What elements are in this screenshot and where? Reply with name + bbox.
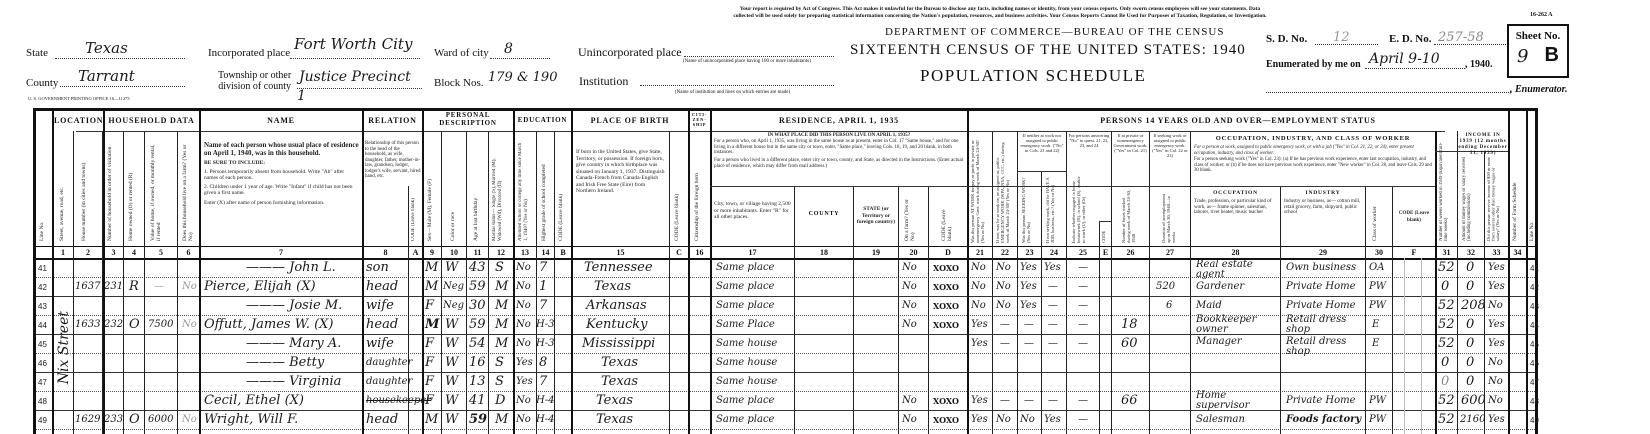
col-21[interactable]: No [971, 282, 986, 292]
sex[interactable]: F [425, 374, 434, 389]
sd-label: S. D. No. [1266, 33, 1307, 45]
header-code-c: CODE (Leave blank) [674, 141, 680, 241]
sex[interactable]: M [425, 260, 438, 275]
col-21[interactable]: Yes [971, 396, 988, 406]
industry[interactable]: Private Home [1286, 396, 1356, 406]
weeks-worked[interactable]: 52 [1438, 317, 1455, 332]
header-other-income: Did this person receive income of $50 or… [1487, 156, 1501, 241]
group-personal: PERSONAL DESCRIPTION [423, 111, 513, 127]
person-name[interactable]: ——— Josie M. [246, 298, 342, 313]
sex[interactable]: F [425, 298, 434, 313]
col-26[interactable]: 60 [1121, 336, 1138, 351]
other-income[interactable]: Yes [1488, 263, 1505, 273]
occ-instr-2: For a person seeking work ("Yes" in Col.… [1194, 157, 1432, 174]
colnum-8: 8 [363, 248, 408, 257]
on-farm[interactable]: No [902, 301, 917, 311]
school[interactable]: No [516, 282, 531, 292]
house-number[interactable]: 1633 [75, 320, 100, 330]
other-income[interactable]: No [1488, 377, 1503, 387]
residence-1935[interactable]: Same house [716, 339, 777, 349]
line-number-right: 41 [1530, 264, 1539, 273]
race[interactable]: W [445, 317, 458, 332]
form-number: 16-262 A [1530, 12, 1553, 19]
marital-status[interactable]: M [495, 317, 508, 332]
header-col-22: If not, was he at work on, or assigned t… [995, 133, 1010, 243]
group-residence: RESIDENCE, APRIL 1, 1935 [711, 116, 967, 125]
residence-instr-3: For a person who lived in a different pl… [714, 158, 964, 170]
birthplace[interactable]: Tennessee [584, 260, 653, 275]
age[interactable]: 59 [469, 412, 487, 427]
col-25[interactable]: — [1078, 263, 1088, 273]
colnum-20: 20 [899, 248, 928, 257]
header-value-rent: Value of home, if owned, or monthly rent… [150, 141, 162, 241]
wages[interactable]: 0 [1466, 260, 1474, 275]
weeks-worked[interactable]: 52 [1438, 298, 1455, 313]
home-value[interactable]: 7500 [148, 320, 173, 330]
home-value[interactable]: — [154, 282, 164, 292]
colnum-16: 16 [689, 248, 710, 257]
col-23[interactable]: No [1020, 415, 1035, 425]
grade[interactable]: 7 [539, 298, 547, 313]
occupation[interactable]: Gardener [1196, 282, 1244, 292]
col-25[interactable]: — [1078, 396, 1088, 406]
colnum-A: A [409, 248, 422, 257]
relation[interactable]: head [366, 317, 398, 332]
birthplace[interactable]: Texas [596, 393, 633, 408]
other-income[interactable]: No [1488, 358, 1503, 368]
header-industry-instr: Industry or business, as— cotton mill, r… [1284, 199, 1364, 216]
col-21[interactable]: No [971, 263, 986, 273]
colnum-7: 7 [200, 248, 362, 257]
enumerated-date-value: April 9-10 [1369, 51, 1440, 67]
unincorporated-label: Unincorporated place [578, 45, 682, 60]
birthplace[interactable]: Arkansas [586, 298, 647, 313]
header-state: STATE (or Territory or foreign country) [856, 206, 896, 226]
colnum-26: 26 [1112, 248, 1149, 257]
wages[interactable]: 0 [1466, 279, 1474, 294]
household-number[interactable]: 233 [104, 415, 123, 425]
col-21[interactable]: Yes [971, 320, 988, 330]
block-field[interactable]: 179 & 190 [488, 66, 558, 88]
sex[interactable]: F [425, 393, 434, 408]
house-number[interactable]: 1637 [75, 282, 100, 292]
code-d[interactable]: XOXO [933, 282, 959, 292]
header-sex: Sex—Male (M), Female (F) [427, 141, 433, 241]
line-number-right: 42 [1530, 283, 1539, 292]
weeks-worked[interactable]: 52 [1438, 393, 1455, 408]
grade[interactable]: 8 [539, 355, 547, 370]
header-code-a: CODE (Leave blank) [411, 191, 417, 241]
col-21[interactable]: No [971, 301, 986, 311]
col-24[interactable]: — [1048, 396, 1058, 406]
sex[interactable]: F [425, 336, 434, 351]
house-number[interactable]: 1629 [75, 415, 100, 425]
other-income[interactable]: Yes [1488, 282, 1505, 292]
age[interactable]: 41 [469, 393, 486, 408]
col-22[interactable]: — [1000, 396, 1010, 406]
name-instr-1: Name of each person whose usual place of… [204, 141, 359, 157]
weeks-worked[interactable]: 52 [1438, 260, 1455, 275]
enumerated-year: , 1940. [1465, 59, 1493, 70]
colnum-34: 34 [1509, 248, 1526, 257]
industry[interactable]: Foods factory [1286, 415, 1361, 425]
col-21[interactable]: Yes [971, 415, 988, 425]
header-col-27-group: If seeking work or assigned to public em… [1151, 133, 1189, 158]
col-23[interactable]: Yes [1020, 301, 1037, 311]
header-grade: Highest grade of school completed [541, 141, 547, 241]
col-22[interactable]: No [996, 301, 1011, 311]
on-farm[interactable]: No [902, 396, 917, 406]
schedule-title: POPULATION SCHEDULE [920, 66, 1146, 86]
birthplace[interactable]: Texas [601, 374, 638, 389]
grade[interactable]: 7 [539, 260, 547, 275]
person-name[interactable]: ——— Virginia [246, 374, 341, 389]
person-name[interactable]: Cecil, Ethel (X) [204, 393, 304, 408]
state-field[interactable]: Texas [55, 38, 185, 59]
col-26[interactable]: 66 [1121, 393, 1138, 408]
sheet-number-box: Sheet No. 9 B [1507, 24, 1569, 78]
sd-field[interactable]: 12 [1315, 26, 1378, 45]
header-weeks-worked: Number of weeks worked in 1939 (Equivale… [1439, 136, 1449, 241]
wages[interactable]: 0 [1466, 374, 1474, 389]
col-23[interactable]: — [1024, 320, 1034, 330]
code-d[interactable]: XOXO [933, 415, 959, 425]
sex[interactable]: M [425, 279, 438, 294]
industry[interactable]: Retail dress shop [1286, 315, 1361, 335]
colnum-23: 23 [1018, 248, 1041, 257]
school[interactable]: Yes [516, 377, 533, 387]
age[interactable]: 43 [469, 260, 486, 275]
industry[interactable]: Own business [1286, 263, 1356, 273]
relation[interactable]: wife [366, 336, 394, 351]
col-22[interactable]: No [996, 263, 1011, 273]
wages[interactable]: 600 [1461, 393, 1486, 408]
class-of-worker[interactable]: PW [1369, 396, 1386, 406]
header-city: City, town, or village having 2,500 or m… [714, 201, 792, 221]
header-farm-schedule: Number of Farm Schedule [1512, 141, 1518, 241]
sex[interactable]: F [425, 355, 434, 370]
line-number-right: 48 [1530, 397, 1539, 406]
col-23[interactable]: Yes [1020, 282, 1037, 292]
header-house-number: House number (in cities and towns) [81, 141, 87, 241]
header-occupation: OCCUPATION [1191, 190, 1280, 196]
department-title: DEPARTMENT OF COMMERCE—BUREAU OF THE CEN… [885, 26, 1225, 38]
race[interactable]: Neg [443, 301, 464, 311]
colnum-22: 22 [993, 248, 1017, 257]
household-number[interactable]: 232 [104, 320, 123, 330]
state-value: Texas [85, 39, 128, 57]
col-24[interactable]: Yes [1044, 263, 1061, 273]
col-22[interactable]: — [1000, 320, 1010, 330]
ward-field[interactable]: 8 [490, 38, 550, 59]
confidentiality-notice: Your report is required by Act of Congre… [690, 6, 1310, 20]
col-21[interactable]: Yes [971, 339, 988, 349]
relation[interactable]: head [366, 412, 398, 427]
col-23[interactable]: — [1024, 396, 1034, 406]
race[interactable]: Neg [443, 282, 464, 292]
header-col-25-group: For persons answering "No" to quest. 21,… [1068, 133, 1110, 148]
on-farm[interactable]: No [902, 320, 917, 330]
unincorporated-note: (Name of unincorporated place having 100… [683, 58, 811, 65]
farm[interactable]: No [182, 282, 197, 292]
code-d[interactable]: XOXO [933, 263, 959, 273]
header-wages: Amount of money wages or salary received… [1462, 156, 1472, 241]
township-field[interactable]: Justice Precinct 1 [297, 66, 422, 89]
group-education: EDUCATION [514, 116, 571, 124]
marital-status[interactable]: S [495, 374, 504, 389]
race[interactable]: W [445, 412, 458, 427]
industry[interactable]: Retail dress shop [1286, 337, 1361, 357]
age[interactable]: 54 [469, 336, 486, 351]
line-number: 44 [38, 321, 47, 330]
residence-1935[interactable]: Same Place [716, 320, 775, 330]
grade[interactable]: H-3 [536, 320, 554, 330]
header-industry: INDUSTRY [1281, 190, 1365, 196]
industry[interactable]: Private Home [1286, 301, 1356, 311]
wages[interactable]: 2160 [1460, 415, 1485, 425]
school[interactable]: No [516, 320, 531, 330]
relation[interactable]: daughter [366, 377, 412, 387]
person-name[interactable]: ——— John L. [246, 260, 336, 275]
age[interactable]: 59 [469, 317, 486, 332]
other-income[interactable]: Yes [1488, 339, 1505, 349]
age[interactable]: 13 [469, 374, 486, 389]
marital-status[interactable]: D [495, 393, 505, 408]
marital-status[interactable]: S [495, 260, 504, 275]
incorporated-place-field[interactable]: Fort Worth City [290, 34, 420, 59]
col-25[interactable]: — [1078, 282, 1088, 292]
col-24[interactable]: — [1048, 282, 1058, 292]
code-d[interactable]: XOXO [933, 396, 959, 406]
enumerator-label: , Enumerator. [1510, 84, 1568, 95]
enumerated-date-field[interactable]: April 9-10 [1365, 48, 1465, 69]
residence-1935[interactable]: Same house [716, 358, 777, 368]
other-income[interactable]: Yes [1488, 415, 1505, 425]
weeks-worked[interactable]: 52 [1438, 336, 1455, 351]
col-27[interactable]: 6 [1166, 301, 1172, 311]
sheet-letter: B [1545, 44, 1559, 67]
farm[interactable]: No [182, 415, 197, 425]
col-24[interactable]: — [1048, 320, 1058, 330]
marital-status[interactable]: S [495, 355, 504, 370]
relation[interactable]: head [366, 279, 398, 294]
header-county: COUNTY [795, 211, 853, 217]
school[interactable]: Yes [516, 358, 533, 368]
occupation[interactable]: Maid [1196, 301, 1222, 311]
wages[interactable]: 208 [1461, 298, 1486, 313]
township-label-line2: division of county [218, 81, 291, 92]
sex[interactable]: M [425, 412, 438, 427]
colnum-F: F [1393, 248, 1435, 257]
col-25[interactable]: — [1078, 301, 1088, 311]
on-farm[interactable]: No [902, 263, 917, 273]
other-income[interactable]: Yes [1488, 320, 1505, 330]
header-col-26: Number of hours worked during week of Ma… [1121, 189, 1136, 243]
line-number-right: 44 [1530, 321, 1539, 330]
marital-status[interactable]: M [495, 412, 508, 427]
residence-1935[interactable]: Same place [716, 415, 774, 425]
residence-1935[interactable]: Same place [716, 396, 774, 406]
occupation[interactable]: Real estate agent [1196, 260, 1276, 280]
incorporated-place-value: Fort Worth City [294, 35, 412, 53]
age[interactable]: 16 [469, 355, 486, 370]
weeks-worked[interactable]: 0 [1441, 355, 1449, 370]
unincorporated-field[interactable] [684, 42, 834, 57]
relation[interactable]: son [366, 260, 389, 275]
school[interactable]: No [516, 396, 531, 406]
group-income: INCOME IN 1939 (12 months ending Decembe… [1458, 133, 1508, 157]
residence-1935[interactable]: Same place [716, 282, 774, 292]
grade[interactable]: 1 [539, 279, 547, 294]
school[interactable]: No [516, 415, 531, 425]
marital-status[interactable]: M [495, 336, 508, 351]
line-number: 46 [38, 359, 47, 368]
sex[interactable]: M [425, 317, 439, 332]
occupation[interactable]: Bookkeeper owner [1196, 315, 1276, 335]
on-farm[interactable]: No [902, 415, 917, 425]
county-value: Tarrant [78, 67, 135, 85]
col-27[interactable]: 520 [1156, 282, 1175, 292]
age[interactable]: 59 [469, 279, 486, 294]
birthplace[interactable]: Mississippi [582, 336, 655, 351]
weeks-worked[interactable]: 52 [1438, 412, 1455, 427]
ed-value: 257-58 [1438, 30, 1484, 45]
ward-label: Ward of city [434, 47, 489, 59]
birthplace[interactable]: Texas [596, 412, 633, 427]
header-school: Attended school or college any time sinc… [518, 141, 530, 241]
other-income[interactable]: No [1488, 396, 1503, 406]
col-23[interactable]: — [1024, 339, 1034, 349]
line-number: 45 [38, 340, 47, 349]
code-d[interactable]: XOXO [933, 320, 959, 330]
col-25[interactable]: — [1078, 339, 1088, 349]
col-24[interactable]: — [1048, 301, 1058, 311]
owned-rented[interactable]: R [129, 279, 139, 294]
ed-field[interactable]: 257-58 [1434, 26, 1506, 45]
relation[interactable]: wife [366, 298, 394, 313]
col-26[interactable]: 18 [1121, 317, 1138, 332]
person-name[interactable]: ——— Mary A. [246, 336, 341, 351]
colnum-17: 17 [711, 248, 794, 257]
person-name[interactable]: Offutt, James W. (X) [204, 317, 334, 332]
enumerator-signature-field[interactable] [1266, 80, 1511, 93]
county-field[interactable]: Tarrant [60, 66, 185, 87]
relation[interactable]: daughter [366, 358, 412, 368]
other-income[interactable]: No [1488, 301, 1503, 311]
col-25[interactable]: — [1078, 320, 1088, 330]
class-of-worker[interactable]: PW [1369, 415, 1386, 425]
colnum-2: 2 [74, 248, 102, 257]
household-number[interactable]: 231 [104, 282, 123, 292]
person-name[interactable]: Pierce, Elijah (X) [204, 279, 316, 294]
colnum-30: 30 [1366, 248, 1392, 257]
occupation[interactable]: Manager [1196, 337, 1242, 347]
race[interactable]: W [445, 336, 458, 351]
farm[interactable]: No [182, 320, 197, 330]
birthplace[interactable]: Texas [601, 355, 638, 370]
class-of-worker[interactable]: PW [1369, 301, 1386, 311]
col-23[interactable]: Yes [1020, 263, 1037, 273]
notice-line-1: Your report is required by Act of Congre… [690, 6, 1310, 13]
marital-status[interactable]: M [495, 279, 508, 294]
industry[interactable]: Private Home [1286, 282, 1356, 292]
institution-field[interactable] [640, 71, 834, 86]
incorporated-place-label: Incorporated place [208, 47, 290, 59]
marital-status[interactable]: M [495, 298, 508, 313]
school[interactable]: No [516, 301, 531, 311]
race[interactable]: W [445, 355, 458, 370]
race[interactable]: W [445, 260, 458, 275]
class-of-worker[interactable]: E [1372, 339, 1379, 349]
school[interactable]: No [516, 339, 531, 349]
weeks-worked[interactable]: 0 [1441, 374, 1449, 389]
home-value[interactable]: 6000 [148, 415, 173, 425]
colnum-24: 24 [1042, 248, 1066, 257]
race[interactable]: W [445, 374, 458, 389]
relation[interactable]: housekeeper [366, 396, 431, 406]
line-number-right: 43 [1530, 302, 1539, 311]
col-22[interactable]: No [996, 415, 1011, 425]
col-24[interactable]: — [1048, 339, 1058, 349]
line-number-right: 49 [1530, 416, 1539, 425]
wages[interactable]: 0 [1466, 336, 1474, 351]
printing-office-note: U. S. GOVERNMENT PRINTING OFFICE 16—1127… [28, 95, 130, 102]
class-of-worker[interactable]: E [1372, 320, 1379, 330]
header-household-order: Number of household in order of visitati… [107, 141, 113, 241]
person-name[interactable]: ——— Betty [246, 355, 324, 370]
grade[interactable]: H-4 [536, 396, 554, 406]
wages[interactable]: 0 [1466, 317, 1474, 332]
residence-1935[interactable]: Same place [716, 263, 774, 273]
col-25[interactable]: — [1078, 415, 1088, 425]
sheet-number: 9 [1517, 46, 1528, 67]
owned-rented[interactable]: O [129, 317, 140, 332]
age[interactable]: 30 [469, 298, 486, 313]
occupation[interactable]: Home supervisor [1196, 391, 1276, 411]
colnum-19: 19 [854, 248, 898, 257]
code-d[interactable]: XOXO [933, 301, 959, 311]
weeks-worked[interactable]: 0 [1441, 279, 1449, 294]
group-occupation: OCCUPATION, INDUSTRY, AND CLASS OF WORKE… [1191, 135, 1435, 142]
grade[interactable]: H-4 [536, 415, 554, 425]
birthplace[interactable]: Kentucky [586, 317, 648, 332]
class-of-worker[interactable]: PW [1369, 282, 1386, 292]
header-on-farm: On a farm? (Yes or No) [904, 196, 916, 241]
wages[interactable]: 0 [1466, 355, 1474, 370]
line-number: 43 [38, 302, 47, 311]
notice-line-2: collected will be used solely for prepar… [690, 13, 1310, 20]
school[interactable]: No [516, 263, 531, 273]
col-24[interactable]: Yes [1044, 415, 1061, 425]
on-farm[interactable]: No [902, 282, 917, 292]
grade[interactable]: 7 [539, 374, 547, 389]
col-22[interactable]: — [1000, 339, 1010, 349]
header-age: Age at last birthday [473, 141, 479, 241]
col-22[interactable]: No [996, 282, 1011, 292]
group-name: NAME [200, 116, 362, 125]
person-name[interactable]: Wright, Will F. [204, 412, 298, 427]
race[interactable]: W [445, 393, 458, 408]
residence-1935[interactable]: Same place [716, 301, 774, 311]
occupation[interactable]: Salesman [1196, 415, 1245, 425]
institution-note: (Name of institution and lines on which … [675, 89, 790, 96]
residence-1935[interactable]: Same house [716, 377, 777, 387]
grade[interactable]: H-3 [536, 339, 554, 349]
class-of-worker[interactable]: OA [1369, 263, 1384, 273]
owned-rented[interactable]: O [129, 412, 140, 427]
colnum-15: 15 [572, 248, 669, 257]
birthplace[interactable]: Texas [594, 279, 631, 294]
